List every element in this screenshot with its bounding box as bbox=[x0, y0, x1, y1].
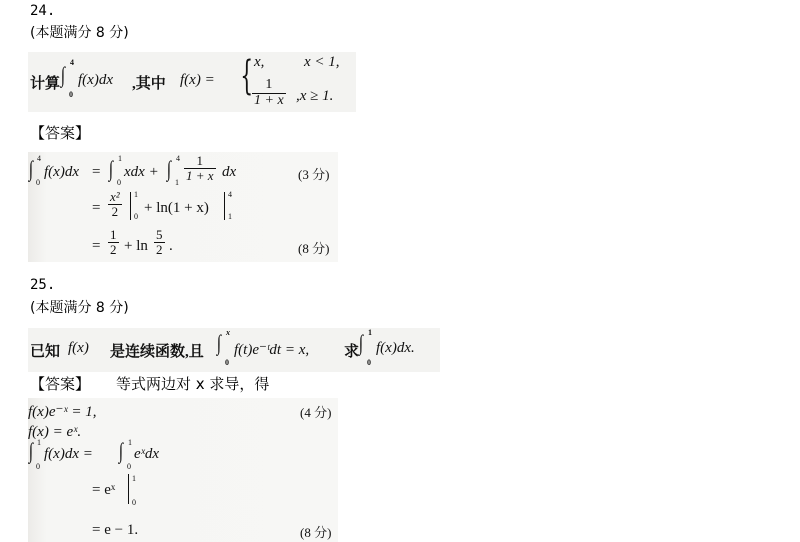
question-number-25: 25. bbox=[30, 277, 55, 293]
equals: = bbox=[92, 200, 100, 217]
lim: 0 bbox=[134, 212, 138, 221]
lim: 4 bbox=[37, 154, 41, 163]
case2-den: 1 + x bbox=[252, 94, 286, 109]
line1-rhs-a: xdx + bbox=[124, 164, 159, 181]
answer-line5: = e − 1. bbox=[92, 522, 138, 539]
den: 2 bbox=[154, 243, 165, 257]
lim: 1 bbox=[368, 328, 372, 337]
lim: 1 bbox=[175, 178, 179, 187]
lim: 0 bbox=[367, 358, 371, 367]
integral-sign: ∫ bbox=[359, 332, 363, 354]
lim: 0 bbox=[225, 358, 229, 367]
num: 5 bbox=[154, 228, 165, 243]
integral-sign: ∫ bbox=[29, 440, 33, 462]
num: 1 bbox=[108, 228, 119, 243]
question-25-answer-image: f(x)e⁻ˣ = 1, (4 分) f(x) = eˣ. ∫ 1 0 f(x)… bbox=[28, 398, 338, 542]
score-8: (8 分) bbox=[298, 238, 329, 257]
integral-sign: ∫ bbox=[61, 64, 65, 86]
problem-text2: 求 bbox=[344, 340, 359, 361]
answer-label-24: 【答案】 bbox=[30, 125, 90, 141]
line2-fraction: x² 2 bbox=[108, 190, 122, 218]
lim: 1 bbox=[134, 190, 138, 199]
integrand: f(x)dx bbox=[78, 72, 113, 89]
problem-text1: 是连续函数,且 bbox=[110, 340, 204, 361]
answer-line2: f(x) = eˣ. bbox=[28, 424, 81, 441]
function-def: f(x) = bbox=[180, 72, 215, 89]
question-24-problem-image: 计算 ∫ 4 0 f(x)dx ,其中 f(x) = { x, x < 1, 1… bbox=[28, 52, 356, 112]
int1-body: f(t)e⁻ᵗdt = x, bbox=[234, 340, 309, 359]
score-4: (4 分) bbox=[300, 402, 331, 421]
line1-lhs: f(x)dx bbox=[44, 164, 79, 181]
lim: 1 bbox=[228, 212, 232, 221]
integral-sign: ∫ bbox=[217, 332, 221, 354]
question-25-problem-image: 已知 f(x) 是连续函数,且 ∫ x 0 f(t)e⁻ᵗdt = x, 求 ∫… bbox=[28, 328, 440, 372]
case1-expr: x, bbox=[254, 54, 264, 71]
case1-cond: x < 1, bbox=[304, 54, 340, 71]
integral-lower: 0 bbox=[69, 90, 73, 99]
answer-line3-lhs: f(x)dx = bbox=[44, 446, 93, 463]
lim: 4 bbox=[228, 190, 232, 199]
den: 2 bbox=[108, 243, 119, 257]
case2-cond: ,x ≥ 1. bbox=[296, 88, 333, 105]
line1-tail: dx bbox=[222, 164, 236, 181]
lim: 0 bbox=[36, 462, 40, 471]
lim: 1 bbox=[128, 438, 132, 447]
den: 1 + x bbox=[184, 169, 216, 183]
line3-fraction1: 1 2 bbox=[108, 228, 119, 256]
equals: = bbox=[92, 238, 100, 255]
question-24-points-note: (本题满分 8 分) bbox=[30, 25, 129, 41]
lim: 0 bbox=[117, 178, 121, 187]
integral-sign: ∫ bbox=[167, 158, 171, 180]
answer-line4: = eˣ bbox=[92, 482, 115, 499]
line1-fraction: 1 1 + x bbox=[184, 154, 216, 182]
question-25-points-note: (本题满分 8 分) bbox=[30, 300, 129, 316]
num: x² bbox=[108, 190, 122, 205]
question-number-24: 24. bbox=[30, 3, 55, 19]
eval-bar bbox=[130, 192, 131, 220]
answer-label-25: 【答案】 bbox=[30, 376, 90, 392]
integral-upper: 4 bbox=[70, 58, 74, 67]
period: . bbox=[169, 238, 173, 255]
integral-sign: ∫ bbox=[29, 158, 33, 180]
den: 2 bbox=[108, 205, 122, 219]
lim: 1 bbox=[37, 438, 41, 447]
case2-num: 1 bbox=[252, 78, 286, 94]
int2-body: f(x)dx. bbox=[376, 340, 415, 357]
line2-mid: + ln(1 + x) bbox=[144, 200, 209, 217]
problem-prefix: 已知 bbox=[30, 340, 60, 361]
eval-bar bbox=[128, 474, 129, 504]
line3-fraction2: 5 2 bbox=[154, 228, 165, 256]
lim: 0 bbox=[127, 462, 131, 471]
integral-sign: ∫ bbox=[109, 158, 113, 180]
lim: 1 bbox=[132, 474, 136, 483]
problem-mid-text: ,其中 bbox=[132, 72, 166, 93]
line3-mid: + ln bbox=[124, 238, 148, 255]
lim: 0 bbox=[36, 178, 40, 187]
num: 1 bbox=[184, 154, 216, 169]
score-3: (3 分) bbox=[298, 164, 329, 183]
score-8: (8 分) bbox=[300, 522, 331, 541]
function: f(x) bbox=[68, 340, 89, 357]
case2-fraction: 1 1 + x bbox=[252, 78, 286, 108]
answer-intro-25: 等式两边对 x 求导，得 bbox=[116, 376, 269, 392]
eval-bar bbox=[224, 192, 225, 220]
lim: x bbox=[226, 328, 230, 337]
lim: 0 bbox=[132, 498, 136, 507]
integral-sign: ∫ bbox=[119, 440, 123, 462]
problem-prefix: 计算 bbox=[30, 72, 60, 93]
question-24-answer-image: ∫ 4 0 f(x)dx = ∫ 1 0 xdx + ∫ 4 1 1 1 + x… bbox=[28, 152, 338, 262]
answer-line1: f(x)e⁻ˣ = 1, bbox=[28, 402, 97, 421]
lim: 1 bbox=[118, 154, 122, 163]
answer-line3-rhs: eˣdx bbox=[134, 446, 159, 463]
equals: = bbox=[92, 164, 100, 181]
lim: 4 bbox=[176, 154, 180, 163]
